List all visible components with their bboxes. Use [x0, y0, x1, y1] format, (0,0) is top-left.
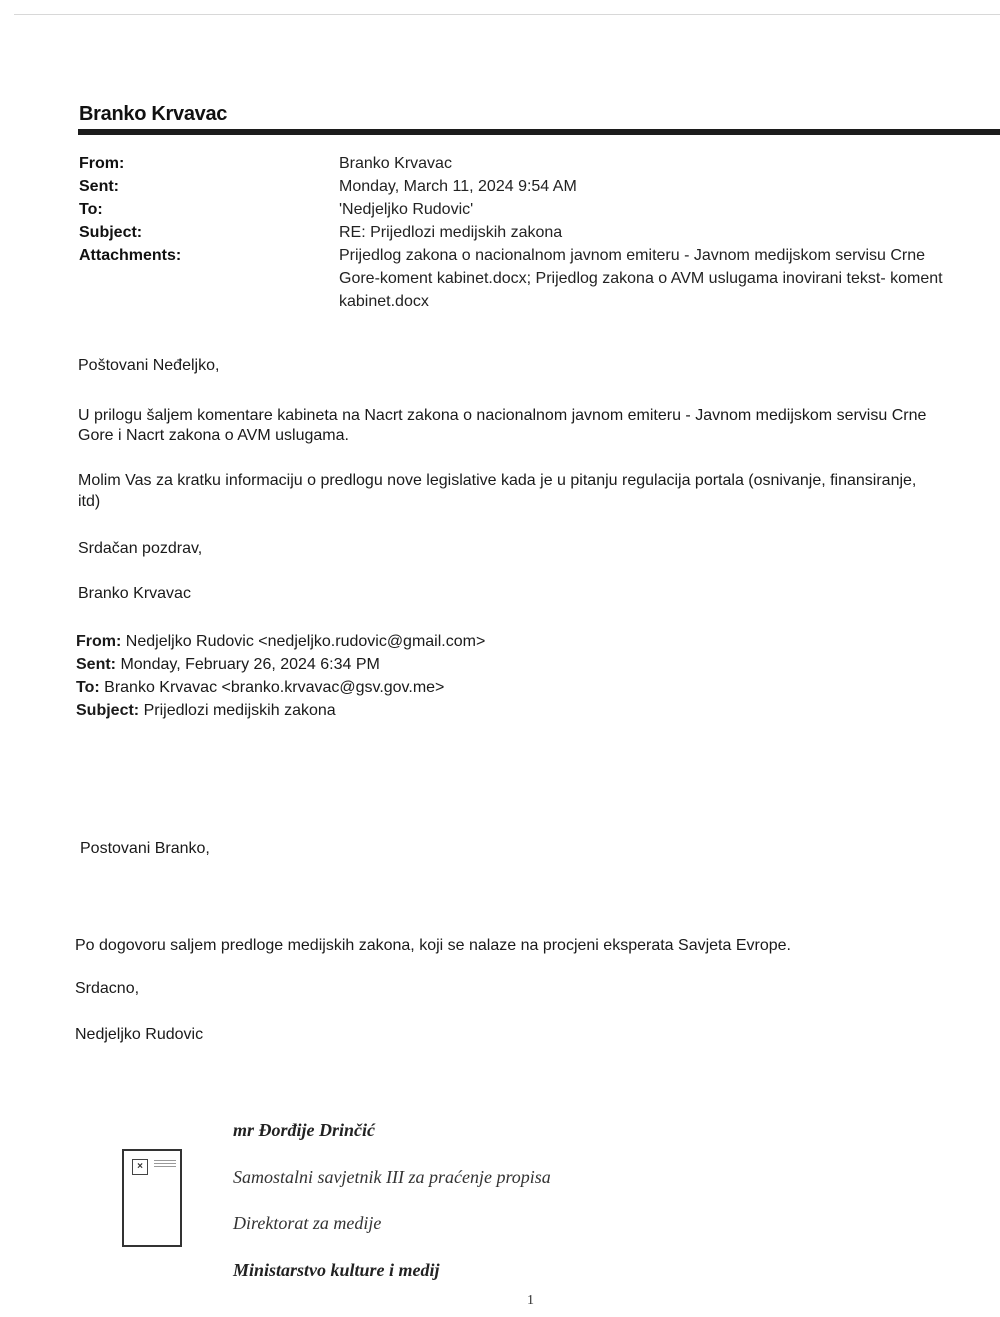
orig-sent-label: Sent:	[76, 656, 116, 673]
sent-label: Sent:	[79, 175, 319, 198]
orig-sent-value: Monday, February 26, 2024 6:34 PM	[120, 656, 379, 673]
broken-image-icon: ×	[132, 1159, 148, 1175]
attachments-label: Attachments:	[79, 244, 319, 267]
reply-signature: Branko Krvavac	[78, 582, 993, 605]
attachments-line-1[interactable]: Prijedlog zakona o nacionalnom javnom em…	[339, 244, 999, 267]
to-label: To:	[79, 198, 319, 221]
document-title: Branko Krvavac	[79, 103, 227, 126]
to-value: 'Nedjeljko Rudovic'	[339, 198, 999, 221]
orig-subject-value: Prijedlozi medijskih zakona	[144, 702, 336, 719]
orig-signature: Nedjeljko Rudovic	[75, 1023, 990, 1046]
orig-to-row: To: Branko Krvavac <branko.krvavac@gsv.g…	[76, 676, 444, 699]
sent-value: Monday, March 11, 2024 9:54 AM	[339, 175, 999, 198]
orig-greeting: Postovani Branko,	[80, 837, 995, 860]
subject-value: RE: Prijedlozi medijskih zakona	[339, 221, 999, 244]
sig-name: mr Đorđije Drinčić	[233, 1120, 375, 1141]
attachments-line-2[interactable]: Gore-koment kabinet.docx; Prijedlog zako…	[339, 267, 999, 290]
sig-department: Direktorat za medije	[233, 1213, 381, 1234]
page-number: 1	[527, 1293, 534, 1309]
signature-image-placeholder: ×	[122, 1149, 182, 1247]
from-label: From:	[79, 152, 319, 175]
placeholder-text-lines	[154, 1160, 176, 1168]
subject-label: Subject:	[79, 221, 319, 244]
from-value: Branko Krvavac	[339, 152, 999, 175]
sig-ministry: Ministarstvo kulture i medij	[233, 1260, 440, 1281]
orig-from-label: From:	[76, 633, 121, 650]
reply-closing: Srdačan pozdrav,	[78, 537, 993, 560]
orig-subject-row: Subject: Prijedlozi medijskih zakona	[76, 699, 336, 722]
orig-to-label: To:	[76, 679, 100, 696]
orig-from-value: Nedjeljko Rudovic <nedjeljko.rudovic@gma…	[126, 633, 486, 650]
sig-position: Samostalni savjetnik III za praćenje pro…	[233, 1167, 551, 1188]
orig-subject-label: Subject:	[76, 702, 139, 719]
attachments-line-3[interactable]: kabinet.docx	[339, 290, 999, 313]
reply-para1-line2: Gore i Nacrt zakona o AVM uslugama.	[78, 424, 993, 447]
orig-from-row: From: Nedjeljko Rudovic <nedjeljko.rudov…	[76, 630, 485, 653]
orig-sent-row: Sent: Monday, February 26, 2024 6:34 PM	[76, 653, 380, 676]
orig-body: Po dogovoru saljem predloge medijskih za…	[75, 934, 990, 957]
reply-greeting: Poštovani Neđeljko,	[78, 354, 993, 377]
reply-para2-line2: itd)	[78, 490, 993, 513]
orig-to-value: Branko Krvavac <branko.krvavac@gsv.gov.m…	[104, 679, 444, 696]
reply-para2-line1: Molim Vas za kratku informaciju o predlo…	[78, 469, 993, 492]
orig-closing: Srdacno,	[75, 977, 990, 1000]
scan-edge-line	[14, 14, 1000, 15]
title-rule	[78, 129, 1000, 135]
